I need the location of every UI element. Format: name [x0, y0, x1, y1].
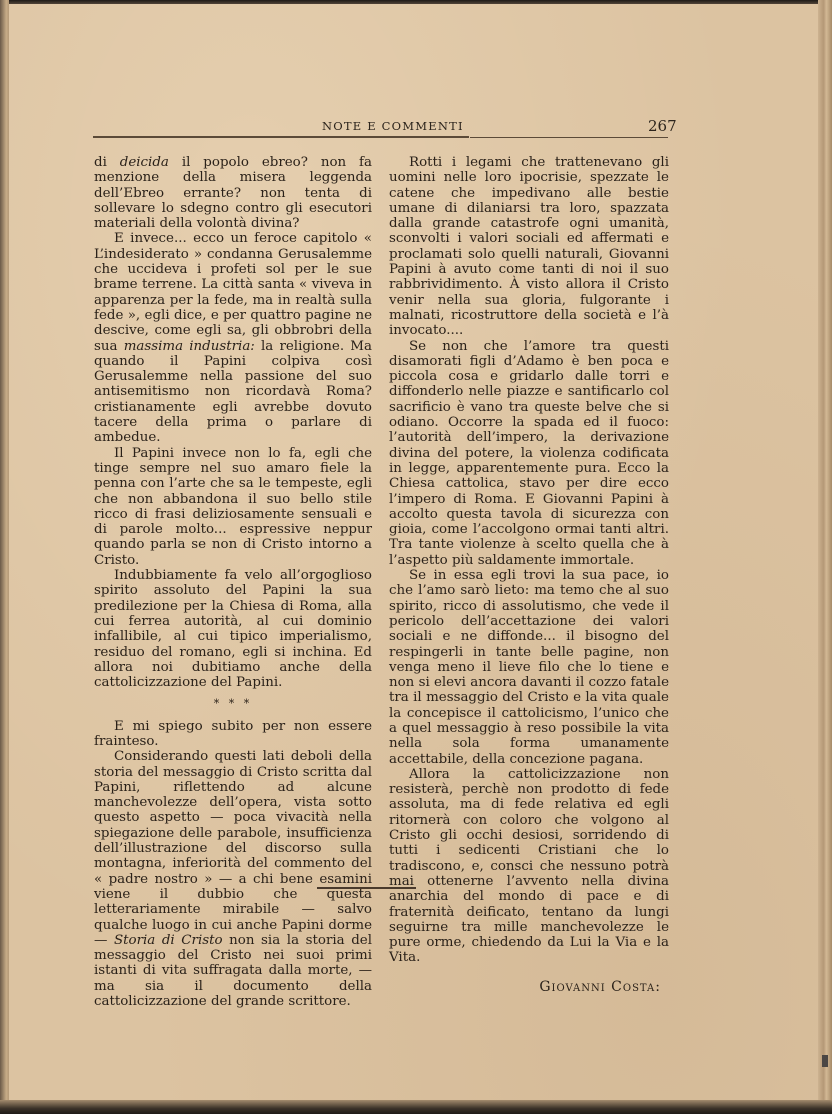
italic-term: deicida [120, 155, 169, 170]
end-rule [317, 887, 416, 889]
section-separator: * * * [94, 696, 372, 711]
header-rule [93, 136, 469, 138]
author-signature: Giovanni Costa: [389, 980, 669, 995]
paragraph: E mi spiego subito per non essere fraint… [94, 719, 372, 750]
paragraph: Il Papini invece non lo fa, egli che tin… [94, 446, 372, 568]
italic-term: massima industria: [124, 339, 255, 354]
paragraph: Allora la cattolicizzazione non resister… [389, 767, 669, 966]
paragraph: E invece... ecco un feroce capitolo « L’… [94, 231, 372, 445]
header-rule-right [470, 137, 668, 138]
paragraph: Se in essa egli trovi la sua pace, io ch… [389, 568, 669, 767]
page-number: 267 [648, 117, 677, 135]
paragraph: di deicida il popolo ebreo? non fa menzi… [94, 155, 372, 231]
paragraph: Considerando questi lati deboli della st… [94, 749, 372, 1009]
paragraph: Rotti i legami che trattenevano gli uomi… [389, 155, 669, 339]
right-column: Rotti i legami che trattenevano gli uomi… [389, 155, 669, 995]
italic-title: Storia di Cristo [114, 933, 223, 948]
scan-mark [822, 1055, 828, 1067]
scan-bottom-edge [0, 1100, 832, 1114]
running-head: NOTE E COMMENTI [322, 119, 464, 133]
page-left-edge [0, 0, 9, 1114]
left-column: di deicida il popolo ebreo? non fa menzi… [94, 155, 372, 1009]
paragraph: Indubbiamente fa velo all’orgoglioso spi… [94, 568, 372, 690]
page-right-edge [818, 0, 832, 1114]
paragraph: Se non che l’amore tra questi disamorati… [389, 339, 669, 568]
